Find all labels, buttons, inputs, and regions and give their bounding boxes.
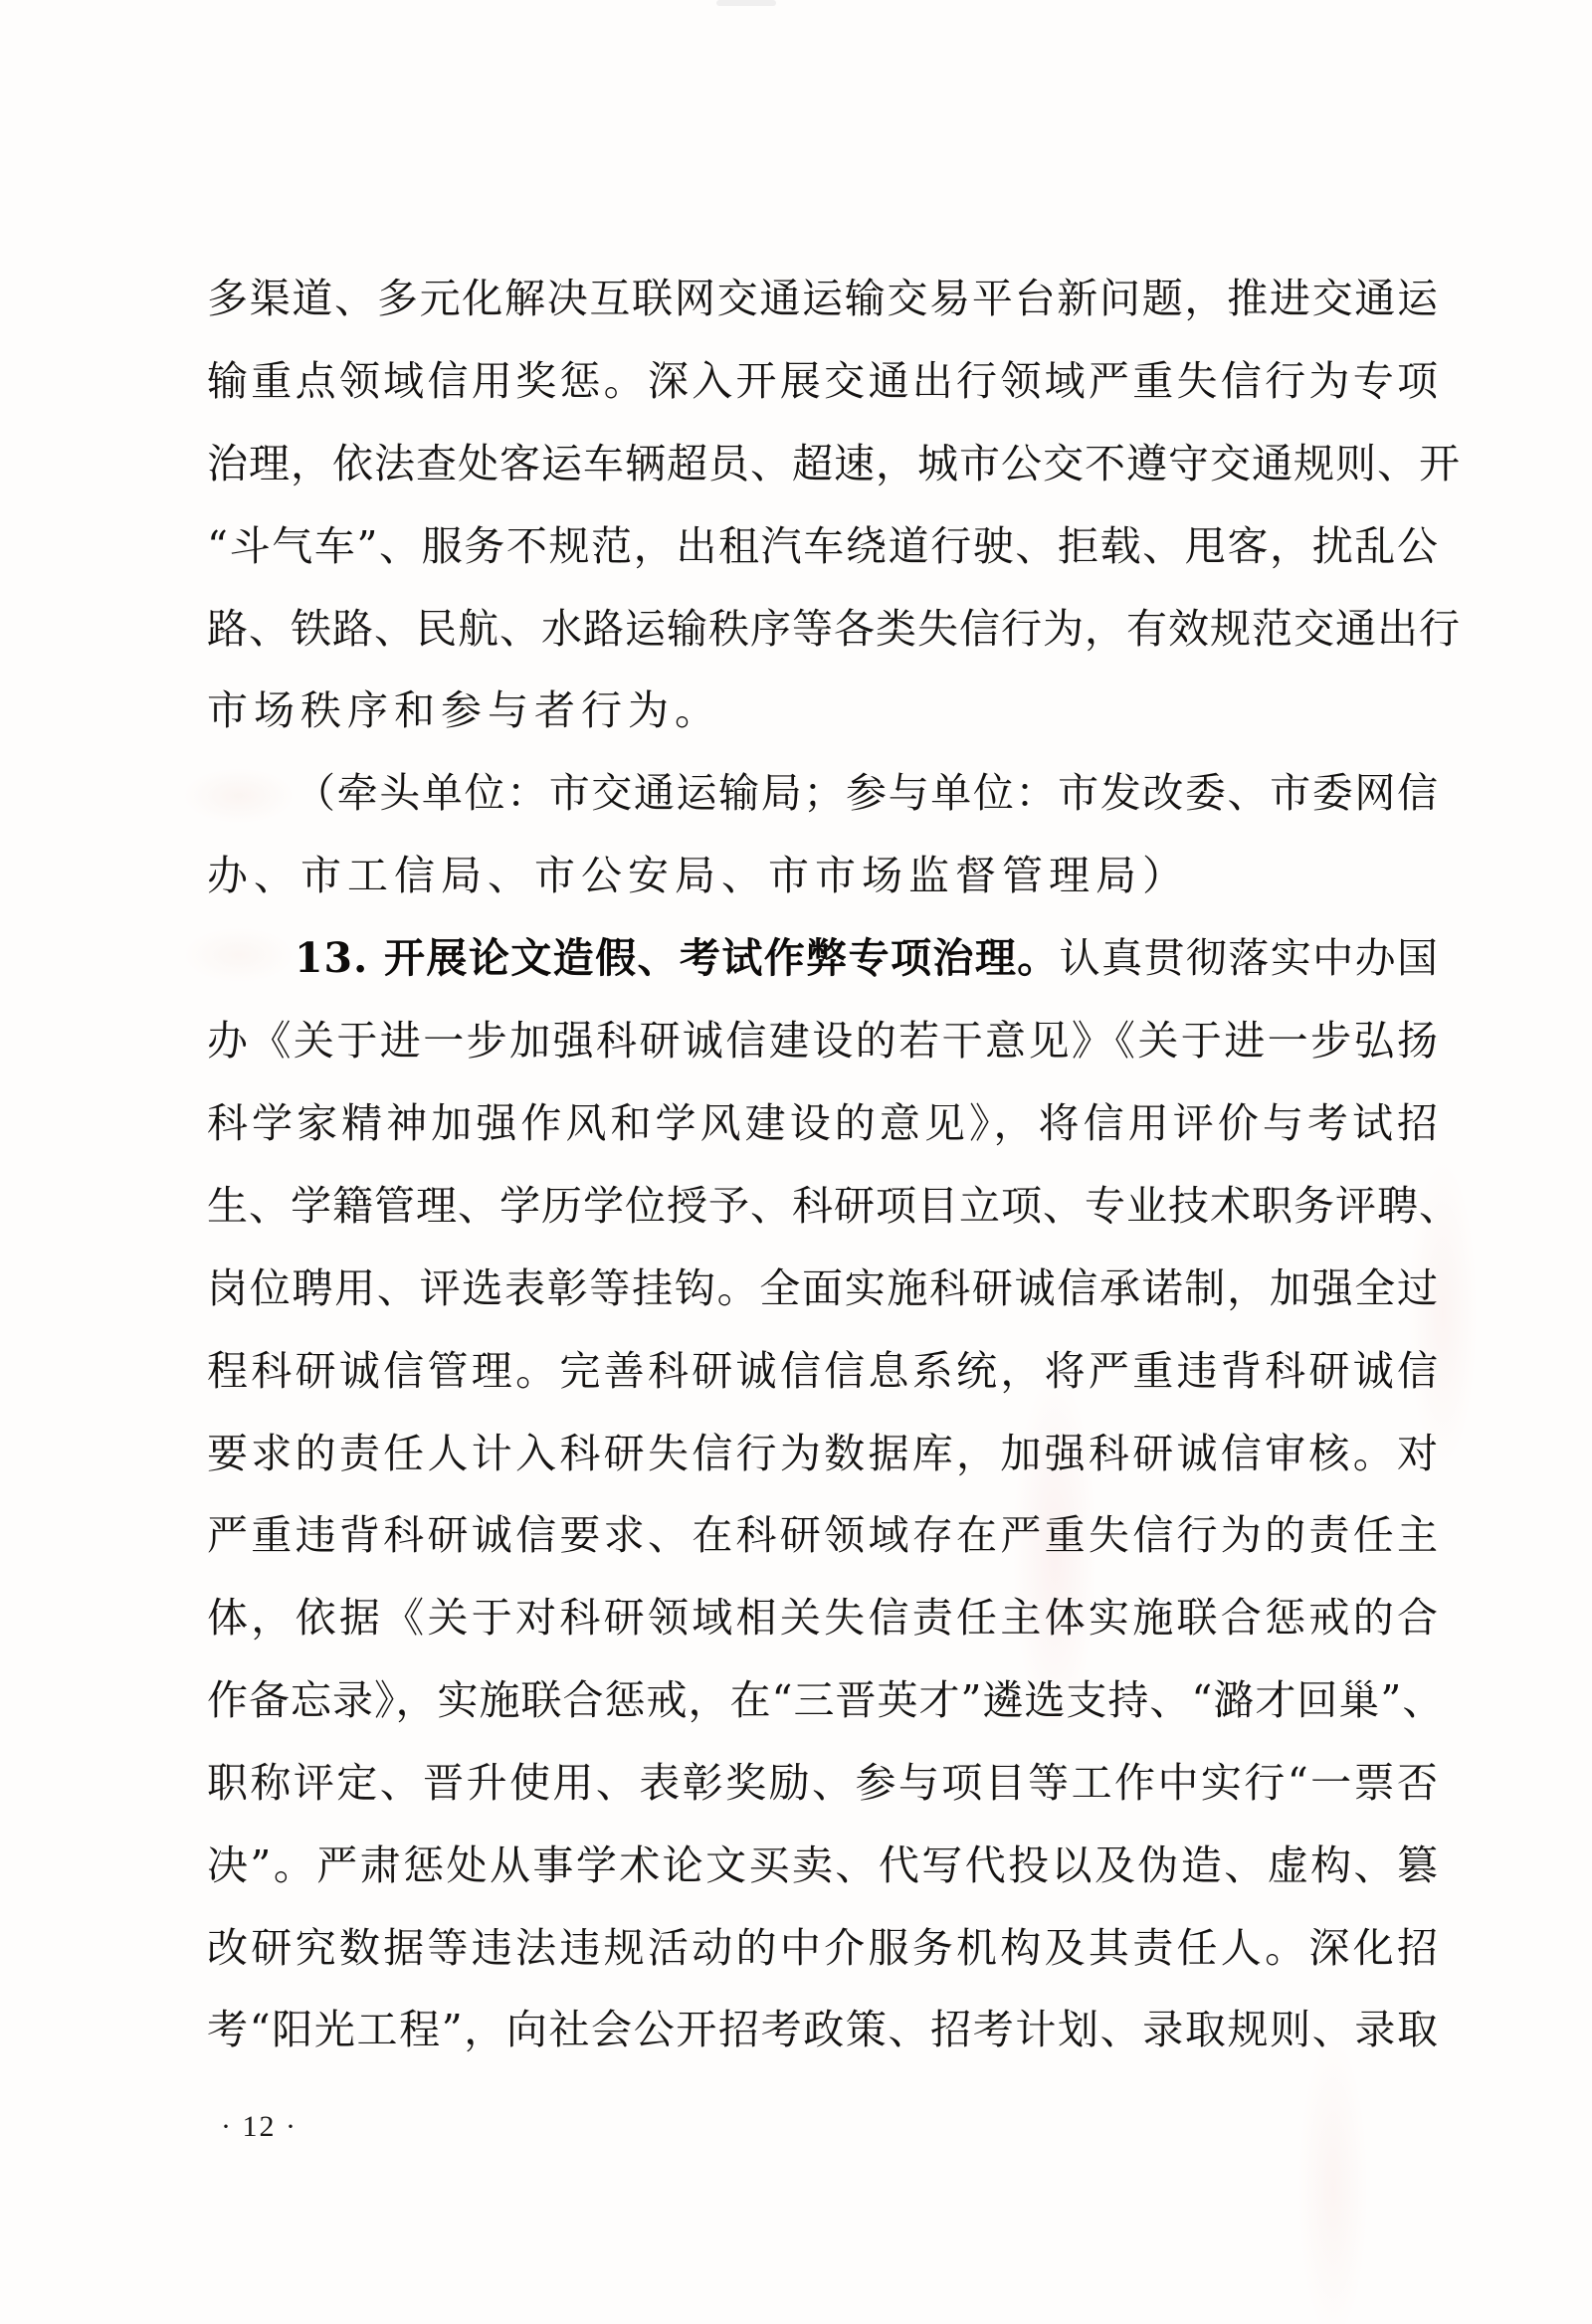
paragraph-line: 办《关于进一步加强科研诚信建设的若干意见》《关于进一步弘扬 xyxy=(207,1013,1439,1068)
item-13-text: 认真贯彻落实中办国 xyxy=(1060,934,1439,982)
paragraph-line: 考“阳光工程”，向社会公开招考政策、招考计划、录取规则、录取 xyxy=(207,2002,1439,2057)
paragraph-line: 治理，依法查处客运车辆超员、超速，城市公交不遵守交通规则、开 xyxy=(207,436,1439,491)
paragraph-line: 路、铁路、民航、水路运输秩序等各类失信行为，有效规范交通出行 xyxy=(207,601,1439,657)
paragraph-line: 要求的责任人计入科研失信行为数据库，加强科研诚信审核。对 xyxy=(207,1426,1439,1481)
paragraph-line: 岗位聘用、评选表彰等挂钩。全面实施科研诚信承诺制，加强全过 xyxy=(207,1260,1439,1316)
paragraph-line: 科学家精神加强作风和学风建设的意见》，将信用评价与考试招 xyxy=(207,1095,1439,1151)
paragraph-line: 输重点领域信用奖惩。深入开展交通出行领域严重失信行为专项 xyxy=(207,353,1439,409)
paragraph-line: 体，依据《关于对科研领域相关失信责任主体实施联合惩戒的合 xyxy=(207,1590,1439,1646)
paragraph-line: 作备忘录》，实施联合惩戒，在“三晋英才”遴选支持、“潞才回巢”、 xyxy=(207,1672,1439,1728)
responsible-units-line-end: 办、市工信局、市公安局、市市场监督管理局） xyxy=(207,848,1439,903)
paragraph-line-end: 市场秩序和参与者行为。 xyxy=(207,682,1439,738)
scan-smudge xyxy=(716,0,776,6)
paragraph-line: “斗气车”、服务不规范，出租汽车绕道行驶、拒载、甩客，扰乱公 xyxy=(207,518,1439,574)
paragraph-line: 决”。严肃惩处从事学术论文买卖、代写代投以及伪造、虚构、篡 xyxy=(207,1838,1439,1893)
paragraph-line: 生、学籍管理、学历学位授予、科研项目立项、专业技术职务评聘、 xyxy=(207,1178,1439,1234)
paragraph-line: 职称评定、晋升使用、表彰奖励、参与项目等工作中实行“一票否 xyxy=(207,1755,1439,1811)
page-number: · 12 · xyxy=(221,2107,298,2147)
paragraph-line: 严重违背科研诚信要求、在科研领域存在严重失信行为的责任主 xyxy=(207,1507,1439,1563)
responsible-units-line: （牵头单位：市交通运输局；参与单位：市发改委、市委网信 xyxy=(295,765,1439,821)
paragraph-line: 程科研诚信管理。完善科研诚信信息系统，将严重违背科研诚信 xyxy=(207,1343,1439,1399)
document-page: 多渠道、多元化解决互联网交通运输交易平台新问题，推进交通运 输重点领域信用奖惩。… xyxy=(0,0,1592,2324)
item-13-heading: 13. 开展论文造假、考试作弊专项治理。 xyxy=(295,934,1060,982)
paragraph-line: 改研究数据等违法违规活动的中介服务机构及其责任人。深化招 xyxy=(207,1920,1439,1976)
paragraph-line: 多渠道、多元化解决互联网交通运输交易平台新问题，推进交通运 xyxy=(207,271,1439,326)
item-13-first-line: 13. 开展论文造假、考试作弊专项治理。认真贯彻落实中办国 xyxy=(295,930,1439,986)
